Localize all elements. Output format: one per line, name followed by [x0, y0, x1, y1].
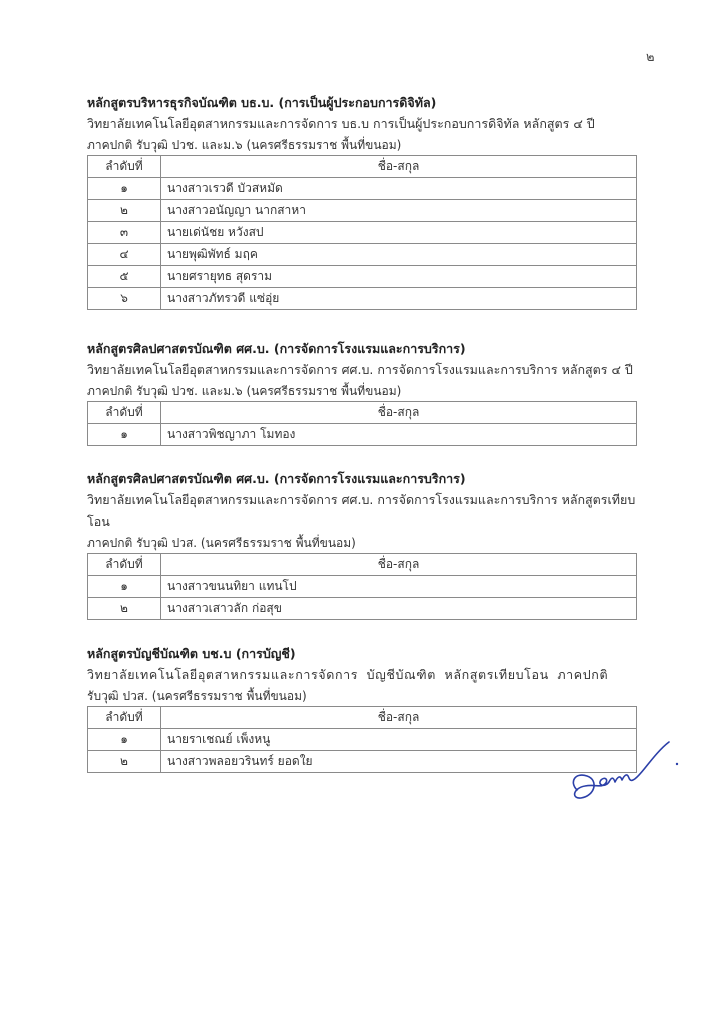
- row-name: นางสาวภัทรวดี แซ่อุ่ย: [161, 288, 637, 310]
- section-description: วิทยาลัยเทคโนโลยีอุตสาหกรรมและการจัดการ …: [87, 664, 637, 686]
- program-section-hotel-4yr: หลักสูตรศิลปศาสตรบัณฑิต ศศ.บ. (การจัดการ…: [87, 339, 637, 446]
- header-no: ลำดับที่: [88, 707, 161, 729]
- names-table: ลำดับที่ ชื่อ-สกุล ๑นางสาวพิชญาภา โมทอง: [87, 401, 637, 446]
- table-row: ๖นางสาวภัทรวดี แซ่อุ่ย: [88, 288, 637, 310]
- header-name: ชื่อ-สกุล: [161, 554, 637, 576]
- section-title: หลักสูตรศิลปศาสตรบัณฑิต ศศ.บ. (การจัดการ…: [87, 469, 637, 489]
- program-section-digital-entrepreneur: หลักสูตรบริหารธุรกิจบัณฑิต บธ.บ. (การเป็…: [87, 93, 637, 310]
- row-no: ๑: [88, 576, 161, 598]
- row-no: ๖: [88, 288, 161, 310]
- table-header-row: ลำดับที่ ชื่อ-สกุล: [88, 707, 637, 729]
- row-name: นายพุฒิพัทธ์ มฤค: [161, 244, 637, 266]
- section-subline: ภาคปกติ รับวุฒิ ปวช. และม.๖ (นครศรีธรรมร…: [87, 381, 637, 401]
- row-no: ๓: [88, 222, 161, 244]
- section-subline: ภาคปกติ รับวุฒิ ปวช. และม.๖ (นครศรีธรรมร…: [87, 135, 637, 155]
- table-row: ๓นายเด่นัชย หวังสป: [88, 222, 637, 244]
- table-row: ๑นางสาวเรวดี บัวสหมัด: [88, 178, 637, 200]
- program-section-hotel-transfer: หลักสูตรศิลปศาสตรบัณฑิต ศศ.บ. (การจัดการ…: [87, 469, 637, 620]
- section-title: หลักสูตรศิลปศาสตรบัณฑิต ศศ.บ. (การจัดการ…: [87, 339, 637, 359]
- section-description: วิทยาลัยเทคโนโลยีอุตสาหกรรมและการจัดการ …: [87, 359, 637, 381]
- names-table: ลำดับที่ ชื่อ-สกุล ๑นายราเชณย์ เพ็งหนู ๒…: [87, 706, 637, 773]
- program-section-accounting: หลักสูตรบัญชีบัณฑิต บช.บ (การบัญชี) วิทย…: [87, 644, 637, 773]
- table-row: ๒นางสาวพลอยวรินทร์ ยอดใย: [88, 751, 637, 773]
- row-name: นายศรายุทธ สุดราม: [161, 266, 637, 288]
- row-no: ๒: [88, 751, 161, 773]
- header-name: ชื่อ-สกุล: [161, 156, 637, 178]
- row-name: นางสาวอนัญญา นากสาหา: [161, 200, 637, 222]
- row-no: ๑: [88, 424, 161, 446]
- table-row: ๑นางสาวขนนทิยา แทนโป: [88, 576, 637, 598]
- section-subline: ภาคปกติ รับวุฒิ ปวส. (นครศรีธรรมราช พื้น…: [87, 533, 637, 553]
- row-no: ๕: [88, 266, 161, 288]
- table-row: ๔นายพุฒิพัทธ์ มฤค: [88, 244, 637, 266]
- row-no: ๒: [88, 200, 161, 222]
- table-header-row: ลำดับที่ ชื่อ-สกุล: [88, 554, 637, 576]
- signature: [565, 738, 685, 808]
- table-row: ๒นางสาวอนัญญา นากสาหา: [88, 200, 637, 222]
- section-title: หลักสูตรบริหารธุรกิจบัณฑิต บธ.บ. (การเป็…: [87, 93, 637, 113]
- header-name: ชื่อ-สกุล: [161, 402, 637, 424]
- header-no: ลำดับที่: [88, 402, 161, 424]
- table-row: ๑นายราเชณย์ เพ็งหนู: [88, 729, 637, 751]
- row-no: ๔: [88, 244, 161, 266]
- row-no: ๑: [88, 729, 161, 751]
- names-table: ลำดับที่ ชื่อ-สกุล ๑นางสาวขนนทิยา แทนโป …: [87, 553, 637, 620]
- section-subline: รับวุฒิ ปวส. (นครศรีธรรมราช พื้นที่ขนอม): [87, 686, 637, 706]
- table-row: ๑นางสาวพิชญาภา โมทอง: [88, 424, 637, 446]
- header-no: ลำดับที่: [88, 156, 161, 178]
- row-no: ๑: [88, 178, 161, 200]
- row-name: นายเด่นัชย หวังสป: [161, 222, 637, 244]
- table-header-row: ลำดับที่ ชื่อ-สกุล: [88, 402, 637, 424]
- header-name: ชื่อ-สกุล: [161, 707, 637, 729]
- page-number: ๒: [646, 46, 655, 67]
- section-description: วิทยาลัยเทคโนโลยีอุตสาหกรรมและการจัดการ …: [87, 489, 637, 533]
- row-name: นางสาวเรวดี บัวสหมัด: [161, 178, 637, 200]
- row-name: นางสาวพิชญาภา โมทอง: [161, 424, 637, 446]
- table-header-row: ลำดับที่ ชื่อ-สกุล: [88, 156, 637, 178]
- section-title: หลักสูตรบัญชีบัณฑิต บช.บ (การบัญชี): [87, 644, 637, 664]
- table-row: ๒นางสาวเสาวลัก ก่อสุข: [88, 598, 637, 620]
- header-no: ลำดับที่: [88, 554, 161, 576]
- names-table: ลำดับที่ ชื่อ-สกุล ๑นางสาวเรวดี บัวสหมัด…: [87, 155, 637, 310]
- table-row: ๕นายศรายุทธ สุดราม: [88, 266, 637, 288]
- row-no: ๒: [88, 598, 161, 620]
- section-description: วิทยาลัยเทคโนโลยีอุตสาหกรรมและการจัดการ …: [87, 113, 637, 135]
- row-name: นางสาวขนนทิยา แทนโป: [161, 576, 637, 598]
- row-name: นางสาวเสาวลัก ก่อสุข: [161, 598, 637, 620]
